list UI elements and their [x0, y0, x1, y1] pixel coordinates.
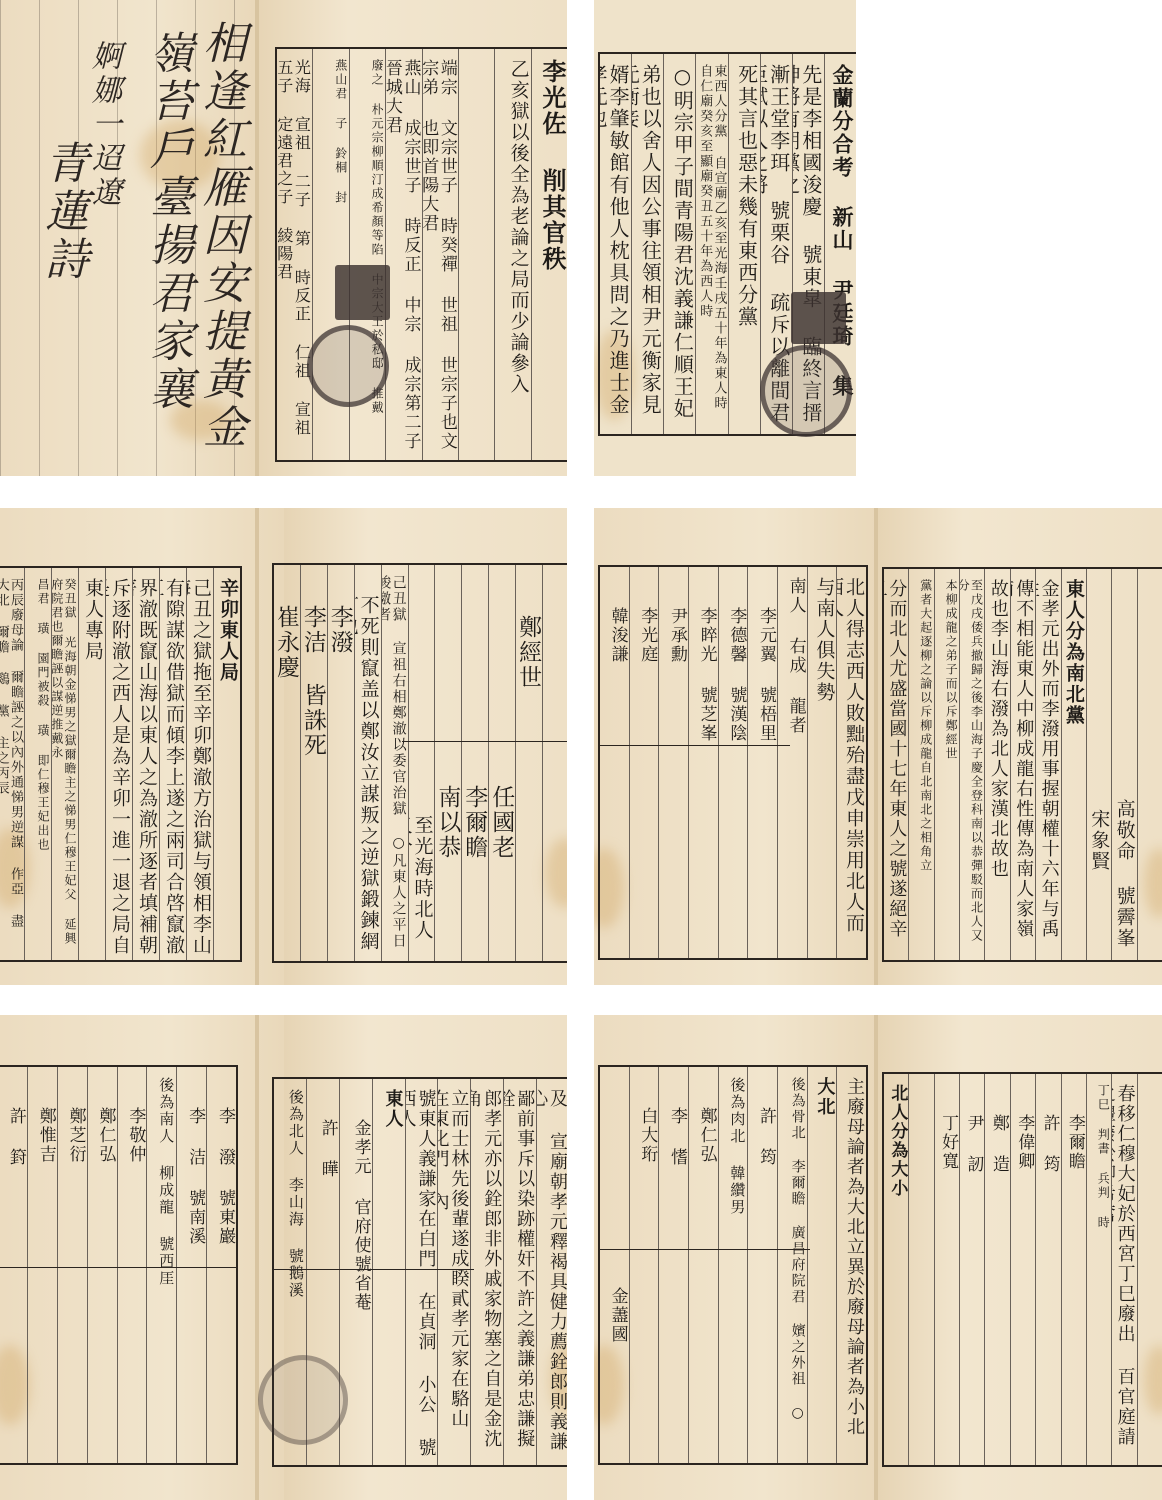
text-column: 乙亥獄以後全為老論之局而少論參入 [494, 49, 530, 460]
text-column: 与南人俱失勢 [807, 567, 837, 958]
text-column: 李敬仲 [117, 1067, 147, 1463]
square-seal-icon [335, 265, 390, 320]
text-column: 許 篈 [0, 1067, 27, 1463]
panel-1: 相逢紅雁因安提黃金 嶺苔戶臺揚君家襄 婀娜一迢遼 青蓮詩 李光佐 削其官秩 乙亥… [0, 0, 567, 476]
text-column: 丙辰廢母論 爾瞻誣之以內外通悌男逆謀 作亞 盡 大北 爾瞻 鷄 黨 主之丙辰 [0, 568, 24, 960]
text-column: 死其言也惡未幾有東西分黨 [728, 54, 760, 434]
text-column: 婿李肇敏館有他人枕具問之乃進士金孝元也 [600, 54, 631, 434]
panel-5: 李 潑 號東巖 李 洁 號南溪 後為南人 柳成龍 號西厓 李敬仲 鄭仁弘 鄭芝衍… [0, 1015, 567, 1500]
text-column: 癸丑獄 光海朝金悌男之獄爾瞻主之悌男仁穆王妃父 延興府院君也爾瞻誣以謀逆推戴永 [51, 568, 78, 960]
text-column: 及 宣廟朝孝元釋褐具健力薦銓郎則義謙心 [536, 1079, 567, 1465]
text-column: 李光庭 [629, 567, 659, 958]
text-column: 李光佐 削其官秩 [531, 49, 567, 460]
text-column: 分而北人尤盛當國十七年東人之號遂絕辛丑 [884, 569, 908, 960]
text-columns: 辛卯東人局 己丑之獄拖至辛卯鄭澈方治獄与領相李山海 有隙謀欲借獄而傾李上遂之兩司… [0, 568, 240, 960]
text-column: 鄭經世 [515, 565, 542, 961]
text-column: 立而士林先後輩遂成睽貳孝元家在駱山 在東化門 內 [437, 1079, 470, 1465]
text-column: 故也李山海右潑為北人家漢北故也 [984, 569, 1009, 960]
text-column: 李 愭 [658, 1067, 688, 1463]
text-columns: 春移仁穆大妃於西宮丁巳廢出 百官庭請 之禮廢於柳希奮 丁巳 判書 兵判 時 李爾… [884, 1074, 1162, 1465]
text-column: 北人分為大小 [884, 1074, 908, 1465]
page-frame: 主廢母論者為大北立異於廢母論者為小北 大北 後為骨北 李爾瞻 廣昌府院君 嬪之外… [598, 1065, 868, 1465]
round-seal-icon [258, 1355, 348, 1445]
text-column [908, 1074, 933, 1465]
text-column: 至戊戌倭兵撤歸之後李山海子慶全登科南以恭彈駁而北人又分 [959, 569, 984, 960]
text-column: 李 洁 號南溪 [176, 1067, 206, 1463]
text-column: 黨者大起逐柳之論以斥柳成龍自北南北之相角立 [908, 569, 933, 960]
panel-2: 金蘭分合考 新山 尹廷琦 集 先是李相國浚慶 號東皐 臨終言搢紳將有朋黨之 漸王… [594, 0, 856, 476]
calligraphy-column: 婀娜一迢遼 [88, 40, 118, 300]
text-column: 主廢母論者為大北立異於廢母論者為小北 [836, 1067, 866, 1463]
text-column: 南以恭 [434, 565, 461, 961]
text-column: 李爾瞻 [461, 565, 488, 961]
text-column: 李睟光 號芝峯 [688, 567, 718, 958]
spine [255, 0, 259, 476]
text-column: 己丑之獄拖至辛卯鄭澈方治獄与領相李山海 [186, 568, 213, 960]
text-column: 春移仁穆大妃於西宮丁巳廢出 百官庭請 之禮廢於柳希奮 [1111, 1074, 1136, 1465]
section-divider [600, 745, 790, 746]
text-column: 李 潑 號東巖 [206, 1067, 236, 1463]
text-column: 丁巳 判書 兵判 時 [1086, 1074, 1111, 1465]
page-frame: 李光佐 削其官秩 乙亥獄以後全為老論之局而少論參入 端宗 文宗世子 時癸禪 世祖… [275, 47, 567, 462]
text-column: 尹承勳 [658, 567, 688, 958]
spine [874, 1015, 878, 1500]
text-column: 後為南人 柳成龍 號西厓 [146, 1067, 176, 1463]
text-column: 李爾瞻 [1061, 1074, 1086, 1465]
text-column [1137, 1074, 1162, 1465]
text-column: 金藎國 [600, 1067, 629, 1463]
text-column: 李德馨 號漢陰 [718, 567, 748, 958]
text-column: 大北 [807, 1067, 837, 1463]
page-frame: 辛卯東人局 己丑之獄拖至辛卯鄭澈方治獄与領相李山海 有隙謀欲借獄而傾李上遂之兩司… [0, 566, 242, 962]
text-column: 界澈既竄山海以東人之為澈所逐者填補朝著 [132, 568, 159, 960]
text-column: 崔永慶 [274, 565, 300, 961]
text-columns: 李 潑 號東巖 李 洁 號南溪 後為南人 柳成龍 號西厓 李敬仲 鄭仁弘 鄭芝衍… [0, 1067, 236, 1463]
text-column: 南人 右成 龍者 [777, 567, 807, 958]
text-column: 昌君 璜 園門被殺 璜 即仁穆王妃出也 [24, 568, 51, 960]
round-seal-icon [307, 325, 389, 407]
text-column: 己丑獄 宣祖右相鄭澈以委官治獄 ○凡東人之平日峻激者 [381, 565, 408, 961]
text-column: ○明宗甲子間青陽君沈義謙仁順王妃 [663, 54, 695, 434]
text-column: 許 筠 [747, 1067, 777, 1463]
text-column: 北人得志西人敗黜殆盡戊申崇用北人而西人 [836, 567, 866, 958]
section-divider [402, 741, 567, 742]
text-column: 斥逐附澈之西人是為辛卯一進一退之局自是 [105, 568, 132, 960]
text-column: 有隙謀欲借獄而傾李上遂之兩司合啓竄澈江 [159, 568, 186, 960]
text-column: 號東人義謙家在白門 在貞洞 小公 號西人 [405, 1079, 438, 1465]
text-column: 丁好寬 [934, 1074, 959, 1465]
text-column: 郎孝元亦以銓郎非外戚家物塞之自是金沈角 [470, 1079, 503, 1465]
text-column: 傳不相能東人中柳成龍右性傳為南人家嶺南 [1010, 569, 1035, 960]
page-frame: 李 潑 號東巖 李 洁 號南溪 後為南人 柳成龍 號西厓 李敬仲 鄭仁弘 鄭芝衍… [0, 1065, 238, 1465]
text-columns: 主廢母論者為大北立異於廢母論者為小北 大北 後為骨北 李爾瞻 廣昌府院君 嬪之外… [600, 1067, 866, 1463]
calligraphy-column: 嶺苔戶臺揚君家襄 [145, 30, 189, 470]
text-column: 李偉卿 [1010, 1074, 1035, 1465]
calligraphy-column: 相逢紅雁因安提黃金 [198, 20, 242, 470]
calligraphy-column: 青蓮詩 [40, 140, 84, 340]
text-column: 宋象賢 [1086, 569, 1111, 960]
text-column: 許 筠 [1035, 1074, 1060, 1465]
panel-3: 辛卯東人局 己丑之獄拖至辛卯鄭澈方治獄与領相李山海 有隙謀欲借獄而傾李上遂之兩司… [0, 508, 567, 985]
spine [255, 1015, 259, 1500]
section-divider [600, 1249, 810, 1250]
text-columns: 鄭經世 任國老 李爾瞻 南以恭 至光海時北人又分 己丑獄 宣祖右相鄭澈以委官治獄… [274, 565, 567, 961]
text-column [542, 565, 567, 961]
text-column: 韓浚謙 [600, 567, 629, 958]
text-column [1137, 569, 1162, 960]
text-column: 高敬命 號霽峯 [1111, 569, 1136, 960]
text-column [458, 49, 494, 460]
text-column: 燕山 成宗世子 時反正 中宗 成宗第二子 晉城大君 [385, 49, 421, 460]
spine [255, 508, 259, 985]
text-column: 尹 訒 [959, 1074, 984, 1465]
text-column: 後為骨北 李爾瞻 廣昌府院君 嬪之外祖 ○ [777, 1067, 807, 1463]
text-column: 任國老 [488, 565, 515, 961]
page-frame: 鄭經世 任國老 李爾瞻 南以恭 至光海時北人又分 己丑獄 宣祖右相鄭澈以委官治獄… [272, 563, 567, 963]
text-column: 弟也以舍人因公事往領相尹元衡家見元衡妾 [631, 54, 663, 434]
text-column: 鄭惟吉 [27, 1067, 57, 1463]
text-column: 鄭芝衍 [57, 1067, 87, 1463]
text-column: 李洁 皆誅死 [300, 565, 327, 961]
text-column: 金孝元出外而李潑用事握朝權十六年与禹性 [1035, 569, 1060, 960]
text-column: 鄭仁弘 [87, 1067, 117, 1463]
text-columns: 北人得志西人敗黜殆盡戊申崇用北人而西人 与南人俱失勢 南人 右成 龍者 李元翼 … [600, 567, 866, 958]
text-columns: 李光佐 削其官秩 乙亥獄以後全為老論之局而少論參入 端宗 文宗世子 時癸禪 世祖… [277, 49, 567, 460]
page-frame: 高敬命 號霽峯 宋象賢 東人分為南北黨 金孝元出外而李潑用事握朝權十六年与禹性 … [882, 567, 1162, 962]
text-column: 後為肉北 韓纘男 [718, 1067, 748, 1463]
text-column: 辛卯東人局 [213, 568, 240, 960]
square-seal-icon [791, 292, 846, 344]
text-column: 不死則竄盖以鄭汝立謀叛之逆獄鍛鍊網打也 [354, 565, 381, 961]
text-columns: 高敬命 號霽峯 宋象賢 東人分為南北黨 金孝元出外而李潑用事握朝權十六年与禹性 … [884, 569, 1162, 960]
page-frame: 北人得志西人敗黜殆盡戊申崇用北人而西人 与南人俱失勢 南人 右成 龍者 李元翼 … [598, 565, 868, 960]
text-column: 鄭 造 [984, 1074, 1009, 1465]
section-divider [274, 1269, 474, 1270]
text-column: 東人 [372, 1079, 405, 1465]
text-column: 本柳成龍之弟子而以斥鄭經世 [934, 569, 959, 960]
text-column: 李元翼 號梧里 [747, 567, 777, 958]
text-column: 李潑 [327, 565, 354, 961]
panel-6: 主廢母論者為大北立異於廢母論者為小北 大北 後為骨北 李爾瞻 廣昌府院君 嬪之外… [594, 1015, 1162, 1500]
spine [874, 508, 878, 985]
text-column: 至光海時北人又分 [408, 565, 435, 961]
text-column: 東西人分黨 自宣廟乙亥至光海壬戌五十年為東人時 自仁廟癸亥至顯廟癸丑五十年為西人… [695, 54, 727, 434]
text-column: 鄭仁弘 [688, 1067, 718, 1463]
text-column: 東人專局 [78, 568, 105, 960]
section-divider [0, 1267, 236, 1268]
text-column: 端宗 文宗世子 時癸禪 世祖 世宗子也文宗弟 也即首陽大君 [422, 49, 458, 460]
page-frame: 春移仁穆大妃於西宮丁巳廢出 百官庭請 之禮廢於柳希奮 丁巳 判書 兵判 時 李爾… [882, 1072, 1162, 1467]
text-column: 光海 宣祖 二子 第 時反正 仁祖 宣祖 五子 定遠君之子 綾陽君 [277, 49, 312, 460]
text-column: 東人分為南北黨 [1061, 569, 1086, 960]
round-seal-icon [760, 345, 852, 437]
text-column: 鄙前事斥以染跡權奸不許之義謙弟忠謙擬銓 [503, 1079, 536, 1465]
panel-4: 北人得志西人敗黜殆盡戊申崇用北人而西人 与南人俱失勢 南人 右成 龍者 李元翼 … [594, 508, 1162, 985]
text-column: 白大珩 [629, 1067, 659, 1463]
